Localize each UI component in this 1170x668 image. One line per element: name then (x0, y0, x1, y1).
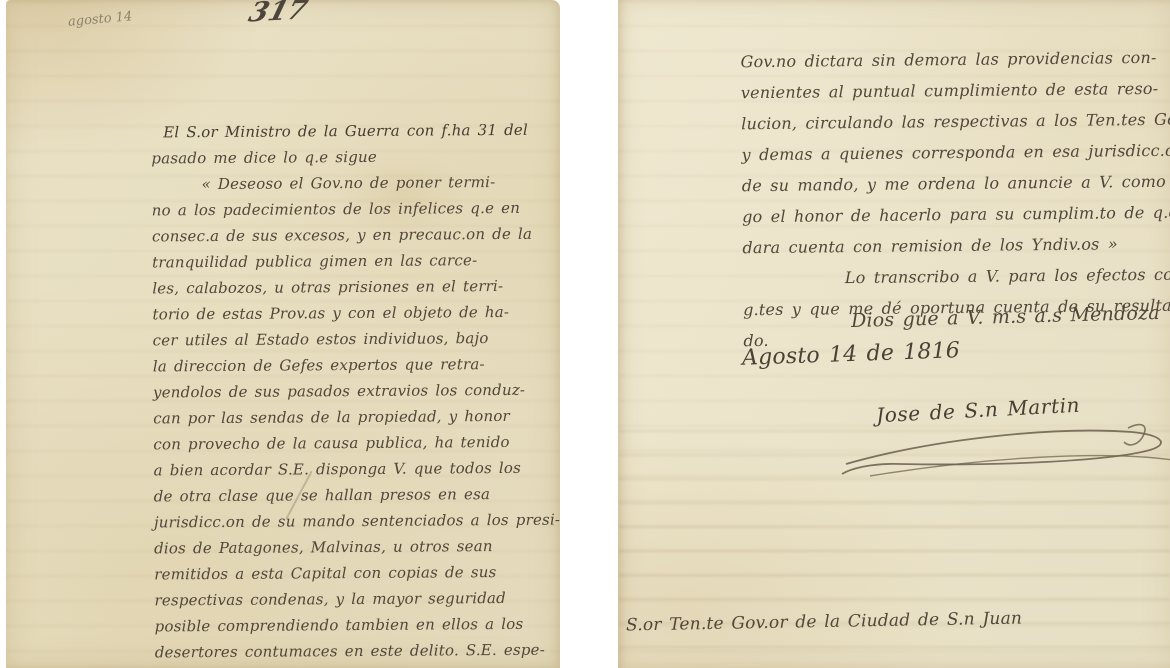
manuscript-line: consec.a de sus excesos, y en precauc.on… (152, 221, 559, 250)
pencil-date-annotation: agosto 14 (67, 9, 132, 30)
manuscript-line: respectivas condenas, y la mayor segurid… (154, 585, 560, 614)
manuscript-line: cer utiles al Estado estos individuos, b… (153, 325, 560, 354)
manuscript-line: « Deseoso el Gov.no de poner termi- (151, 169, 558, 198)
manuscript-line: tranquilidad publica gimen en las carce- (152, 247, 559, 276)
scanned-manuscript: agosto 14 317 El S.or Ministro de la Gue… (0, 0, 1170, 668)
manuscript-line: pasado me dice lo q.e sigue (151, 143, 558, 172)
signature-rubric (840, 414, 1170, 486)
manuscript-page-right: Gov.no dictara sin demora las providenci… (618, 0, 1170, 668)
manuscript-line: con provecho de la causa publica, ha ten… (153, 429, 560, 458)
manuscript-line: torio de estas Prov.as y con el objeto d… (152, 299, 559, 328)
manuscript-line: Gov.no dictara sin demora las providenci… (740, 42, 1170, 78)
manuscript-line: de otra clase que se hallan presos en es… (154, 481, 560, 510)
manuscript-line: a bien acordar S.E. disponga V. que todo… (153, 455, 560, 484)
manuscript-line: go el honor de hacerlo para su cumplim.t… (742, 197, 1170, 233)
manuscript-line: no a los padecimientos de los infelices … (152, 195, 559, 224)
manuscript-line: remitidos a esta Capital con copias de s… (154, 559, 560, 588)
manuscript-line: lucion, circulando las respectivas a los… (741, 104, 1170, 140)
manuscript-line: dios de Patagones, Malvinas, u otros sea… (154, 533, 560, 562)
manuscript-page-left: agosto 14 317 El S.or Ministro de la Gue… (6, 0, 560, 668)
manuscript-line: de su mando, y me ordena lo anuncie a V.… (742, 166, 1170, 202)
manuscript-line: yendolos de sus pasados extravios los co… (153, 377, 560, 406)
manuscript-line: la direccion de Gefes expertos que retra… (153, 351, 560, 380)
manuscript-line: dara cuenta con remision de los Yndiv.os… (742, 228, 1170, 264)
manuscript-line: y demas a quienes corresponda en esa jur… (741, 135, 1170, 171)
manuscript-line: les, calabozos, u otras prisiones en el … (152, 273, 559, 302)
manuscript-line: desertores contumaces en este delito. S.… (155, 637, 560, 666)
manuscript-line: El S.or Ministro de la Guerra con f.ha 3… (151, 117, 558, 146)
letter-body-left: El S.or Ministro de la Guerra con f.ha 3… (151, 117, 560, 666)
manuscript-line: posible comprendiendo tambien en ellos a… (155, 611, 560, 640)
manuscript-line: venientes al puntual cumplimiento de est… (741, 73, 1170, 109)
folio-number: 317 (245, 0, 311, 28)
manuscript-line: can por las sendas de la propiedad, y ho… (153, 403, 560, 432)
manuscript-line: jurisdicc.on de su mando sentenciados a … (154, 507, 560, 536)
manuscript-line: Lo transcribo a V. para los efectos cons… (743, 259, 1170, 295)
addressee-line: S.or Ten.te Gov.or de la Ciudad de S.n J… (626, 609, 1022, 636)
